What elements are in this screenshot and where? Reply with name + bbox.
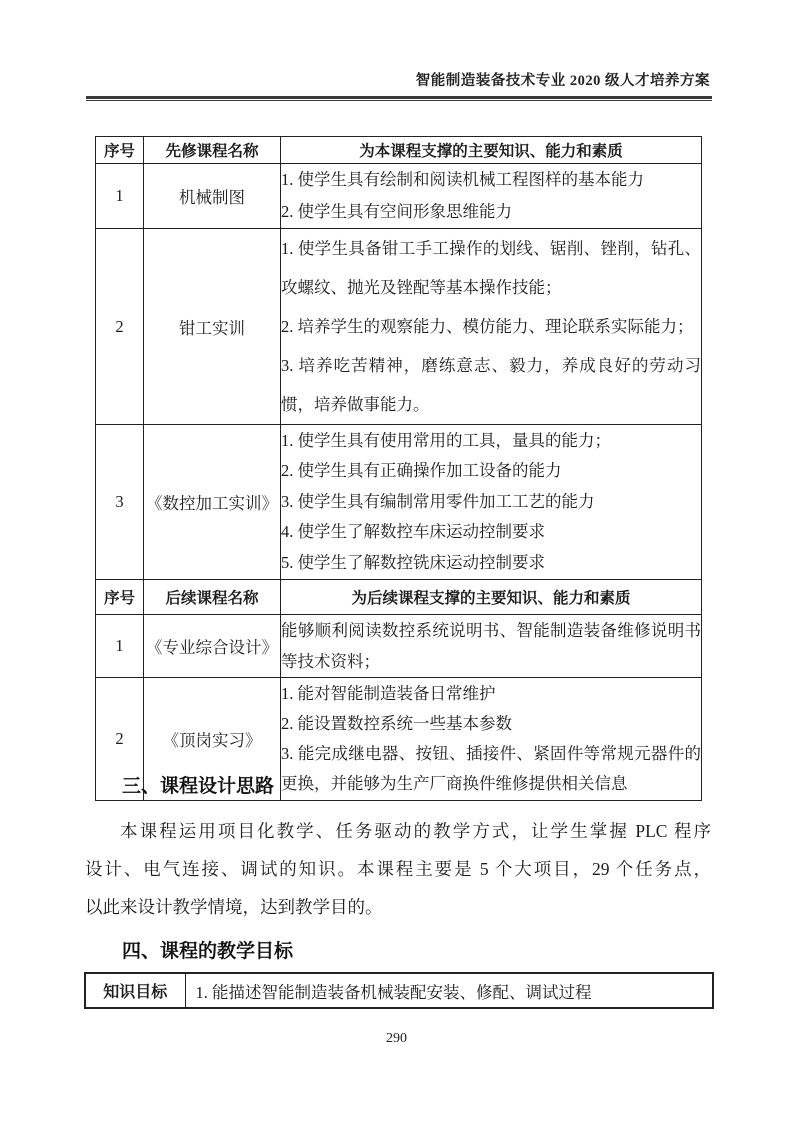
desc-item: 3. 培养吃苦精神，磨练意志、毅力，养成良好的劳动习惯，培养做事能力。 [281,346,701,424]
cell-seq: 1 [96,615,144,678]
objective-content: 1. 能描述智能制造装备机械装配安装、修配、调试过程 [185,973,713,1008]
prereq-header-row: 序号 先修课程名称 为本课程支撑的主要知识、能力和素质 [96,137,702,164]
document-page: 智能制造装备技术专业 2020 级人才培养方案 序号 先修课程名称 为本课程支撑… [0,0,793,1122]
desc-item: 2. 能设置数控系统一些基本参数 [281,709,701,739]
desc-item: 1. 使学生具有使用常用的工具，量具的能力； [281,426,701,457]
course-support-table: 序号 先修课程名称 为本课程支撑的主要知识、能力和素质 1 机械制图 1. 使学… [95,136,702,801]
desc-item: 2. 使学生具有空间形象思维能力 [281,196,701,228]
desc-item: 1. 能对智能制造装备日常维护 [281,679,701,709]
table-row: 1 机械制图 1. 使学生具有绘制和阅读机械工程图样的基本能力 2. 使学生具有… [96,164,702,229]
section-heading-objectives: 四、课程的教学目标 [122,941,293,963]
cell-seq: 2 [96,229,144,425]
desc-item: 1. 使学生具有绘制和阅读机械工程图样的基本能力 [281,164,701,196]
follow-header-seq: 序号 [96,580,144,615]
cell-seq: 1 [96,164,144,229]
cell-description: 1. 能对智能制造装备日常维护 2. 能设置数控系统一些基本参数 3. 能完成继… [281,678,702,801]
follow-header-row: 序号 后续课程名称 为后续课程支撑的主要知识、能力和素质 [96,580,702,615]
prereq-header-desc: 为本课程支撑的主要知识、能力和素质 [281,137,702,164]
table-row: 1 《专业综合设计》 能够顺利阅读数控系统说明书、智能制造装备维修说明书等技术资… [96,615,702,678]
paragraph-line: 本课程运用项目化教学、任务驱动的教学方式，让学生掌握 PLC 程序 [85,812,711,850]
desc-item: 2. 使学生具有正确操作加工设备的能力 [281,456,701,487]
page-header-title: 智能制造装备技术专业 2020 级人才培养方案 [85,69,710,90]
desc-item: 5. 使学生了解数控铣床运动控制要求 [281,548,701,579]
cell-description: 能够顺利阅读数控系统说明书、智能制造装备维修说明书等技术资料； [281,615,702,678]
desc-item: 3. 使学生具有编制常用零件加工工艺的能力 [281,487,701,518]
follow-header-desc: 为后续课程支撑的主要知识、能力和素质 [281,580,702,615]
header-rule [86,96,712,101]
table-row: 知识目标 1. 能描述智能制造装备机械装配安装、修配、调试过程 [85,973,713,1008]
cell-course-name: 《专业综合设计》 [144,615,281,678]
cell-course-name: 机械制图 [144,164,281,229]
cell-description: 1. 使学生具有使用常用的工具，量具的能力； 2. 使学生具有正确操作加工设备的… [281,425,702,580]
page-number: 290 [0,1031,793,1047]
desc-item: 4. 使学生了解数控车床运动控制要求 [281,517,701,548]
table-row: 2 钳工实训 1. 使学生具备钳工手工操作的划线、锯削、锉削，钻孔、攻螺纹、抛光… [96,229,702,425]
prereq-header-seq: 序号 [96,137,144,164]
section-heading-design: 三、课程设计思路 [122,776,274,798]
desc-item: 3. 能完成继电器、按钮、插接件、紧固件等常规元器件的更换，并能够为生产厂商换件… [281,739,701,799]
cell-description: 1. 使学生具备钳工手工操作的划线、锯削、锉削，钻孔、攻螺纹、抛光及锉配等基本操… [281,229,702,425]
desc-item: 能够顺利阅读数控系统说明书、智能制造装备维修说明书等技术资料； [281,615,701,677]
cell-seq: 3 [96,425,144,580]
teaching-objectives-table: 知识目标 1. 能描述智能制造装备机械装配安装、修配、调试过程 [84,972,714,1009]
design-paragraph: 本课程运用项目化教学、任务驱动的教学方式，让学生掌握 PLC 程序 设计、电气连… [85,812,711,926]
desc-item: 2. 培养学生的观察能力、模仿能力、理论联系实际能力； [281,307,701,346]
cell-course-name: 《数控加工实训》 [144,425,281,580]
desc-item: 1. 使学生具备钳工手工操作的划线、锯削、锉削，钻孔、攻螺纹、抛光及锉配等基本操… [281,229,701,307]
cell-course-name: 钳工实训 [144,229,281,425]
table-row: 3 《数控加工实训》 1. 使学生具有使用常用的工具，量具的能力； 2. 使学生… [96,425,702,580]
header-rule-thin-line [86,100,712,101]
paragraph-line: 设计、电气连接、调试的知识。本课程主要是 5 个大项目，29 个任务点， [85,850,711,888]
objective-category-label: 知识目标 [85,973,185,1008]
follow-header-course: 后续课程名称 [144,580,281,615]
paragraph-line: 以此来设计教学情境，达到教学目的。 [85,888,711,926]
cell-description: 1. 使学生具有绘制和阅读机械工程图样的基本能力 2. 使学生具有空间形象思维能… [281,164,702,229]
prereq-header-course: 先修课程名称 [144,137,281,164]
